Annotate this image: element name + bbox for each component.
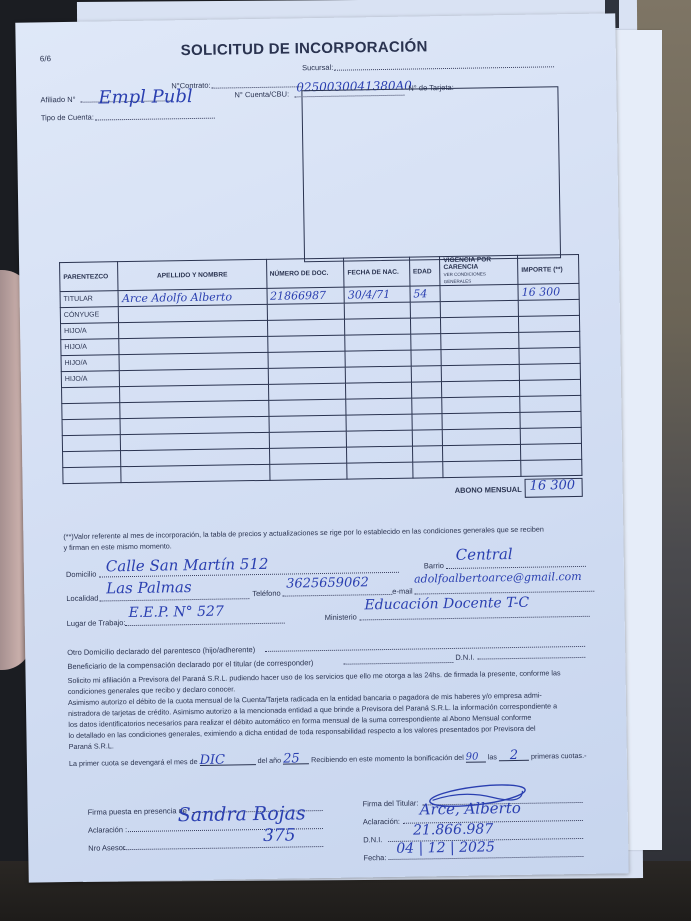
cell-vigencia[interactable] bbox=[442, 380, 520, 397]
cell-parentezco: HIJO/A bbox=[61, 371, 120, 388]
cell-importe[interactable] bbox=[519, 347, 580, 364]
col-nombre: APELLIDO Y NOMBRE bbox=[118, 259, 267, 290]
terms-line: Paraná S.R.L. bbox=[69, 741, 114, 752]
cell-edad[interactable]: 54 bbox=[410, 286, 441, 302]
bonificacion-pct[interactable]: 90 bbox=[466, 752, 486, 762]
cell-vigencia[interactable] bbox=[441, 300, 519, 317]
lugar-trabajo-label: Lugar de Trabajo: bbox=[67, 618, 126, 628]
cell-vigencia[interactable] bbox=[440, 284, 518, 301]
cell-importe[interactable] bbox=[519, 363, 580, 380]
cuota-prefix: La primer cuota se devengará el mes de bbox=[69, 757, 198, 768]
note-line-2: y firman en este mismo momento. bbox=[63, 541, 171, 553]
cell-doc[interactable] bbox=[268, 415, 346, 432]
cell-doc[interactable] bbox=[267, 303, 345, 320]
terms-line: Solicito mi afiliación a Previsora del P… bbox=[68, 668, 561, 686]
cell-nac[interactable] bbox=[346, 414, 412, 431]
tipo-cuenta-field[interactable] bbox=[95, 118, 215, 121]
domicilio-label: Domicilio bbox=[66, 570, 97, 579]
cell-parentezco bbox=[62, 387, 121, 404]
cell-vigencia[interactable] bbox=[442, 364, 520, 381]
primeras-cuotas: primeras cuotas.- bbox=[531, 751, 587, 761]
cell-edad[interactable] bbox=[411, 398, 442, 414]
cell-parentezco bbox=[62, 435, 121, 452]
dni-titular-label: D.N.I. bbox=[363, 835, 382, 844]
cuota-anio[interactable]: 25 bbox=[283, 754, 309, 764]
nro-asesor-value: 375 bbox=[263, 825, 296, 846]
abono-mensual-value: 16 300 bbox=[530, 478, 576, 494]
ministerio-label: Ministerio bbox=[325, 612, 357, 622]
cell-edad[interactable] bbox=[410, 334, 441, 350]
cell-nombre[interactable] bbox=[121, 464, 269, 482]
lugar-trabajo-value: E.E.P. N° 527 bbox=[128, 604, 223, 621]
cell-parentezco bbox=[63, 451, 122, 468]
col-doc: NÚMERO DE DOC. bbox=[266, 258, 344, 288]
photo-box bbox=[301, 86, 561, 262]
col-importe: IMPORTE (**) bbox=[518, 254, 579, 284]
contrato-field[interactable] bbox=[211, 86, 301, 88]
tipo-cuenta-value: Empl Publ bbox=[98, 86, 193, 108]
cell-parentezco: HIJO/A bbox=[61, 323, 120, 340]
firma-presencia-label: Firma puesta en presencia de bbox=[88, 806, 187, 817]
cell-doc[interactable]: 21866987 bbox=[266, 287, 344, 304]
lugar-trabajo-field[interactable] bbox=[125, 623, 285, 627]
cell-parentezco: CÓNYUGE bbox=[60, 307, 119, 324]
barrio-field[interactable] bbox=[446, 566, 586, 569]
email-label: e-mail bbox=[392, 587, 413, 596]
form-title: SOLICITUD DE INCORPORACIÓN bbox=[181, 38, 428, 59]
form-sheet: 6/6 SOLICITUD DE INCORPORACIÓN Sucursal:… bbox=[15, 13, 628, 882]
aclaracion-right-label: Aclaración: bbox=[363, 817, 400, 827]
dni-beneficiario-label: D.N.I. bbox=[455, 653, 474, 662]
cell-nac[interactable] bbox=[347, 446, 413, 463]
members-table: PARENTEZCO APELLIDO Y NOMBRE NÚMERO DE D… bbox=[59, 254, 582, 484]
fecha-label: Fecha: bbox=[363, 853, 386, 862]
cell-importe[interactable] bbox=[519, 315, 580, 332]
cell-importe[interactable] bbox=[520, 411, 581, 428]
email-field[interactable] bbox=[414, 591, 594, 595]
cell-nac[interactable] bbox=[345, 334, 411, 351]
aclaracion-right-value: Arce, Alberto bbox=[420, 799, 521, 819]
col-nac: FECHA DE NAC. bbox=[344, 257, 410, 287]
cell-nac[interactable]: 30/4/71 bbox=[344, 286, 410, 303]
cell-importe[interactable] bbox=[519, 331, 580, 348]
aclaracion-left-value: Sandra Rojas bbox=[178, 802, 306, 826]
cell-vigencia[interactable] bbox=[443, 460, 521, 477]
cell-importe[interactable] bbox=[520, 395, 581, 412]
bonificacion-cuotas[interactable]: 2 bbox=[499, 751, 529, 761]
cell-importe[interactable] bbox=[520, 427, 581, 444]
cell-nac[interactable] bbox=[346, 382, 412, 399]
cell-nac[interactable] bbox=[344, 302, 410, 319]
cell-edad[interactable] bbox=[411, 350, 442, 366]
ministerio-value: Educación Docente T-C bbox=[364, 595, 529, 614]
col-vigencia-sub: ver condiciones generales bbox=[444, 271, 486, 284]
cell-doc[interactable] bbox=[268, 367, 346, 384]
cell-doc[interactable] bbox=[268, 383, 346, 400]
col-vigencia: VIGENCIA POR CARENCIA ver condiciones ge… bbox=[440, 255, 518, 285]
cell-nac[interactable] bbox=[345, 318, 411, 335]
cell-vigencia[interactable] bbox=[441, 316, 519, 333]
telefono-label: Teléfono bbox=[252, 589, 280, 598]
cell-vigencia[interactable] bbox=[442, 412, 520, 429]
col-parentezco: PARENTEZCO bbox=[60, 262, 119, 292]
cell-edad[interactable] bbox=[411, 382, 442, 398]
localidad-label: Localidad bbox=[66, 594, 98, 604]
cell-nac[interactable] bbox=[347, 462, 413, 479]
barrio-value: Central bbox=[456, 545, 513, 564]
barrio-label: Barrio bbox=[424, 561, 444, 570]
cell-nac[interactable] bbox=[345, 366, 411, 383]
cell-doc[interactable] bbox=[267, 351, 345, 368]
abono-mensual-field[interactable]: 16 300 bbox=[525, 478, 583, 498]
cell-parentezco bbox=[63, 467, 122, 484]
bonificacion-text: Recibiendo en este momento la bonificaci… bbox=[311, 753, 464, 764]
tipo-cuenta-label: Tipo de Cuenta: bbox=[41, 113, 94, 123]
cell-importe[interactable] bbox=[521, 443, 582, 460]
cell-edad[interactable] bbox=[412, 414, 443, 430]
cell-vigencia[interactable] bbox=[443, 428, 521, 445]
cell-parentezco: HIJO/A bbox=[61, 339, 120, 356]
cuota-line: La primer cuota se devengará el mes de D… bbox=[69, 750, 587, 770]
otro-domicilio-field[interactable] bbox=[265, 646, 585, 652]
cell-vigencia[interactable] bbox=[442, 396, 520, 413]
cell-importe[interactable]: 16 300 bbox=[518, 283, 579, 300]
col-edad: EDAD bbox=[409, 257, 440, 286]
cell-edad[interactable] bbox=[410, 318, 441, 334]
cell-edad[interactable] bbox=[412, 430, 443, 446]
cell-nac[interactable] bbox=[346, 430, 412, 447]
cell-doc[interactable] bbox=[268, 399, 346, 416]
telefono-value: 3625659062 bbox=[286, 575, 369, 591]
note-line-1: (**)Valor referente al mes de incorporac… bbox=[63, 525, 544, 543]
localidad-field[interactable] bbox=[99, 598, 249, 601]
cell-parentezco: HIJO/A bbox=[61, 355, 120, 372]
cell-parentezco bbox=[62, 419, 121, 436]
cell-nac[interactable] bbox=[345, 350, 411, 367]
cell-doc[interactable] bbox=[269, 447, 347, 464]
cell-parentezco bbox=[62, 403, 121, 420]
nro-asesor-label: Nro Asesor bbox=[88, 843, 125, 853]
cell-edad[interactable] bbox=[412, 446, 443, 462]
beneficiario-field[interactable] bbox=[343, 662, 453, 665]
cell-doc[interactable] bbox=[269, 463, 347, 480]
dni-beneficiario-field[interactable] bbox=[477, 657, 585, 660]
email-value: adolfoalbertoarce@gmail.com bbox=[414, 570, 582, 586]
cell-doc[interactable] bbox=[267, 335, 345, 352]
nro-asesor-field[interactable] bbox=[123, 846, 323, 850]
members-body: TITULARArce Adolfo Alberto2186698730/4/7… bbox=[60, 283, 582, 483]
afiliado-label: Afiliado N° bbox=[40, 95, 75, 105]
cuenta-cbu-label: N° Cuenta/CBU: bbox=[234, 89, 289, 99]
cell-parentezco: TITULAR bbox=[60, 291, 119, 308]
bonificacion-de-las: las bbox=[488, 752, 497, 761]
firma-titular-label: Firma del Titular: bbox=[363, 799, 419, 809]
sucursal-field[interactable] bbox=[334, 66, 554, 70]
cell-doc[interactable] bbox=[269, 431, 347, 448]
beneficiario-label: Beneficiario de la compensación declarad… bbox=[67, 658, 313, 671]
cuota-anio-label: del año bbox=[257, 756, 281, 765]
cell-nac[interactable] bbox=[346, 398, 412, 415]
cell-importe[interactable] bbox=[520, 379, 581, 396]
otro-domicilio-label: Otro Domicilio declarado del parentesco … bbox=[67, 645, 255, 657]
cell-vigencia[interactable] bbox=[443, 444, 521, 461]
localidad-value: Las Palmas bbox=[106, 578, 192, 597]
domicilio-value: Calle San Martín 512 bbox=[106, 555, 269, 576]
sucursal-label: Sucursal: bbox=[302, 63, 333, 72]
cell-importe[interactable] bbox=[518, 299, 579, 316]
cell-edad[interactable] bbox=[410, 302, 441, 318]
cuota-mes[interactable]: DIC bbox=[199, 755, 255, 766]
cell-vigencia[interactable] bbox=[441, 348, 519, 365]
dni-titular-value: 21.866.987 bbox=[413, 821, 493, 838]
page-number: 6/6 bbox=[40, 54, 51, 63]
cell-edad[interactable] bbox=[412, 462, 443, 478]
fecha-value: 04 | 12 | 2025 bbox=[396, 839, 495, 857]
cell-doc[interactable] bbox=[267, 319, 345, 336]
cell-vigencia[interactable] bbox=[441, 332, 519, 349]
aclaracion-left-label: Aclaración : bbox=[88, 825, 127, 835]
cell-edad[interactable] bbox=[411, 366, 442, 382]
col-vigencia-title: VIGENCIA POR CARENCIA bbox=[443, 256, 491, 271]
ministerio-field[interactable] bbox=[360, 616, 590, 621]
abono-mensual-label: ABONO MENSUAL bbox=[455, 485, 522, 495]
cell-importe[interactable] bbox=[521, 459, 582, 476]
